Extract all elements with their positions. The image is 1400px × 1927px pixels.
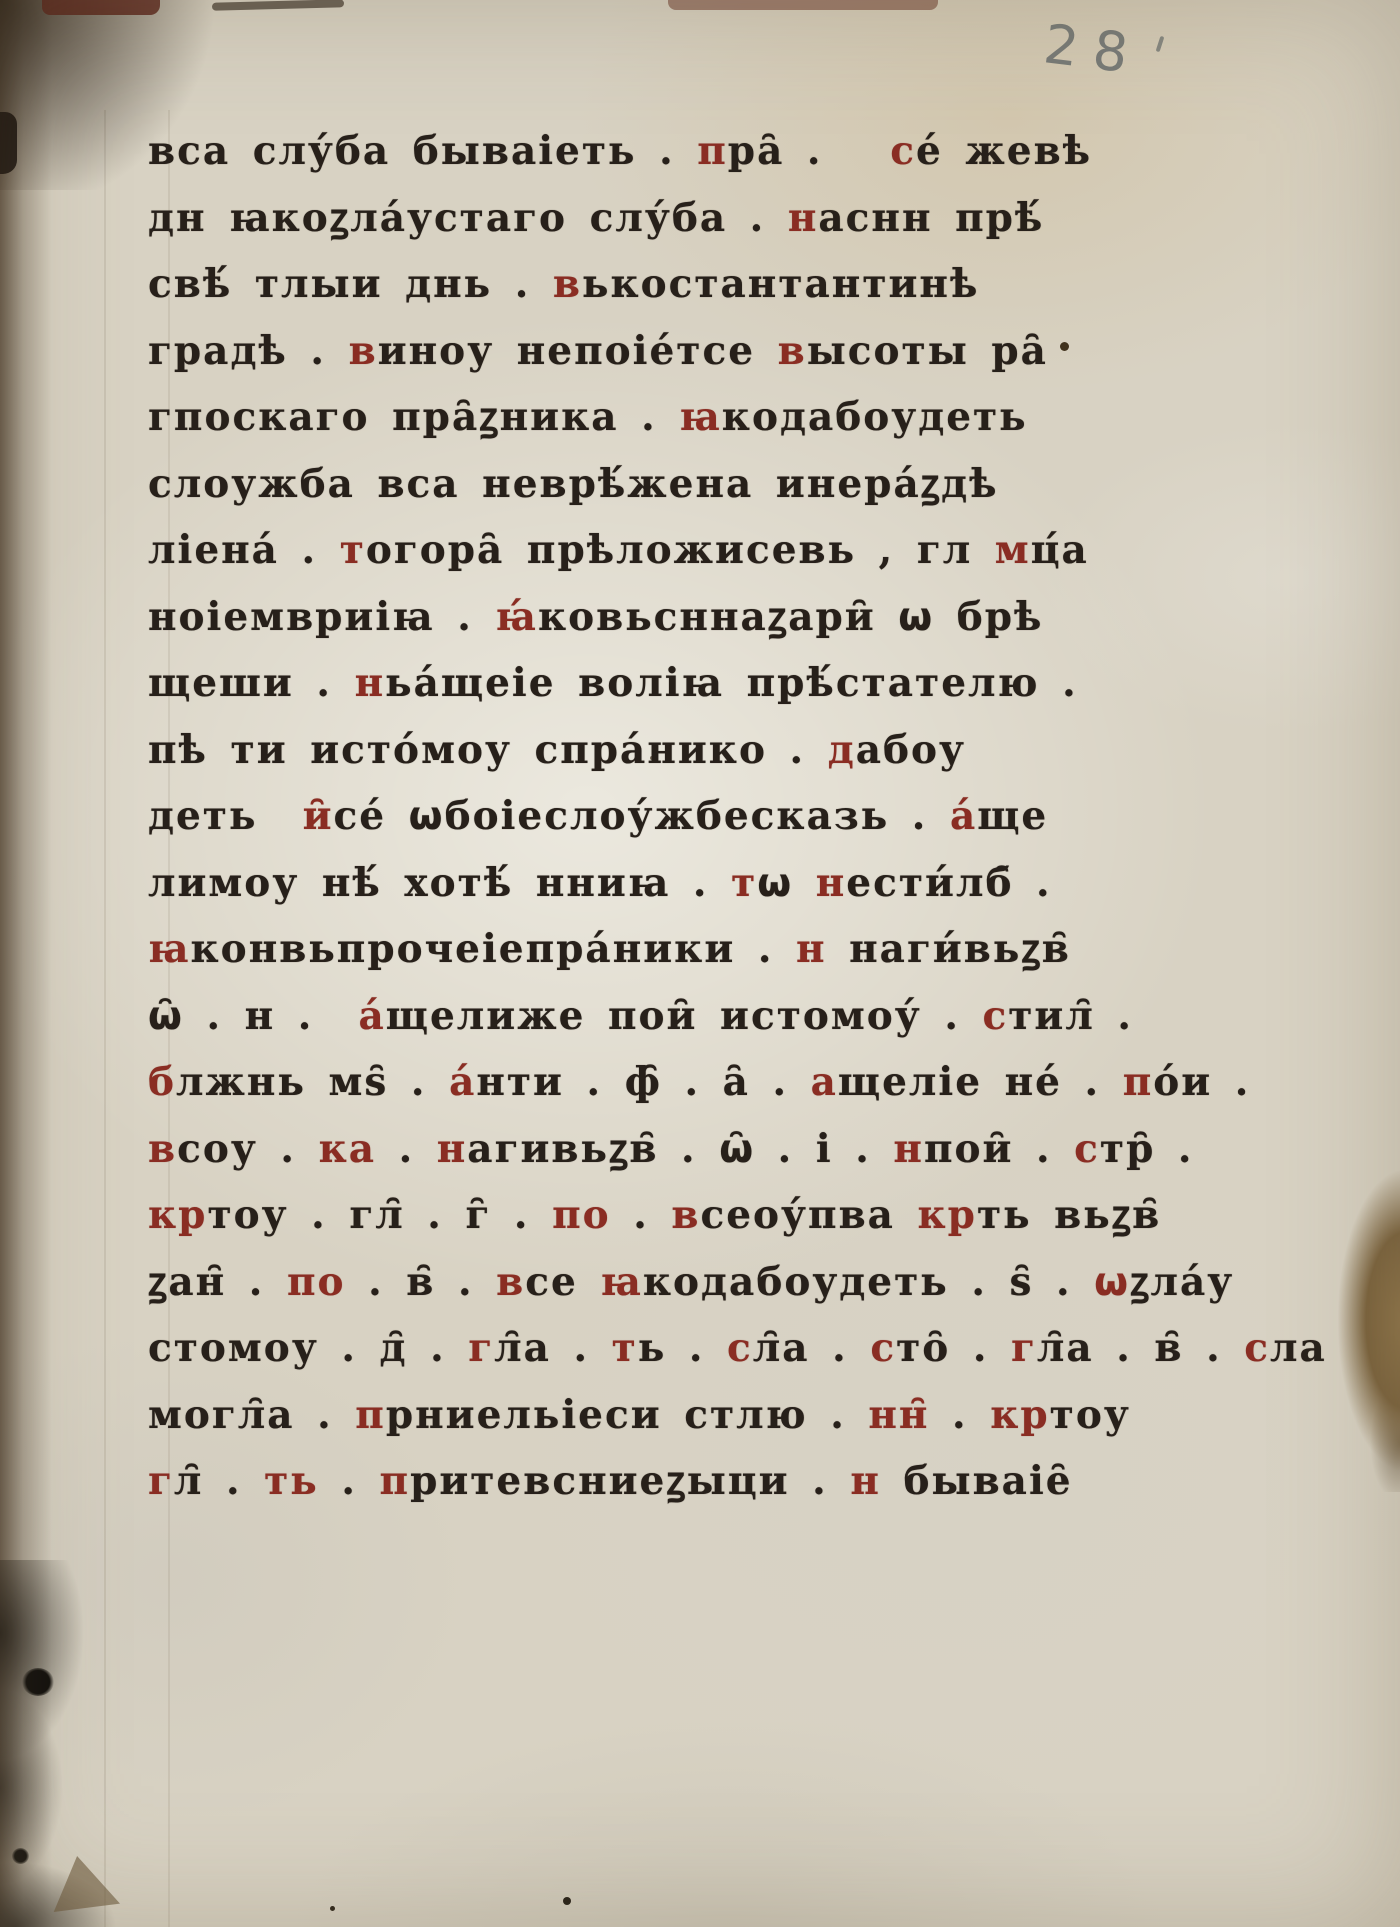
text-segment: лжнь мѕ̑ .: [176, 1059, 449, 1105]
text-segment: тоу: [1050, 1392, 1131, 1438]
text-segment: тр̑ .: [1100, 1126, 1194, 1172]
folio-number-pencil: 28: [1041, 12, 1147, 87]
rubric-segment: н: [850, 1458, 881, 1504]
rubric-segment: с: [983, 993, 1009, 1039]
text-segment: ѡ̑ . н .: [148, 993, 359, 1039]
rubric-segment: н: [816, 860, 847, 906]
manuscript-line: блжнь мѕ̑ . а́нти . ф̑ . а̑ . ащеліе не́…: [148, 1049, 1198, 1116]
rubric-segment: ка: [319, 1126, 376, 1172]
text-segment: бываіе̑: [881, 1458, 1073, 1504]
rubric-segment: г: [148, 1458, 174, 1504]
text-segment: се: [525, 1259, 600, 1305]
rubric-segment: кр: [148, 1192, 207, 1238]
text-segment: .: [376, 1126, 437, 1172]
text-segment: деть: [148, 793, 303, 839]
rubric-segment: п: [380, 1458, 411, 1504]
ink-spot: [12, 1848, 29, 1864]
pencil-tick-mark: [1156, 36, 1165, 52]
rubric-segment: д: [828, 727, 856, 773]
rubric-segment: г: [1011, 1325, 1037, 1371]
rubric-segment: по: [552, 1192, 611, 1238]
text-segment: ꙁла́у: [1130, 1259, 1234, 1305]
text-segment: ноіемвриіꙗ .: [148, 594, 495, 640]
rubric-segment: в: [553, 261, 582, 307]
rubric-segment: нн̑: [868, 1392, 929, 1438]
text-segment: могл̑а .: [148, 1392, 355, 1438]
manuscript-line: ноіемвриіꙗ . ꙗ́ковьсннаꙁари̑ ѡ брѣ: [148, 584, 1198, 651]
manuscript-line: ꙗконвьпрочеіепра́ники . н наги́вьꙁв̑: [148, 916, 1198, 983]
text-segment: ліена́ .: [148, 527, 340, 573]
manuscript-line: пѣ ти исто́моу спра́нико . дабоу: [148, 717, 1198, 784]
text-segment: нти . ф̑ . а̑ .: [476, 1059, 810, 1105]
text-segment: ь .: [638, 1325, 727, 1371]
rubric-segment: кр: [918, 1192, 977, 1238]
manuscript-line: стомоу . д̑ . гл̑а . ть . сл̑а . сто̑ . …: [148, 1315, 1198, 1382]
text-segment: наги́вьꙁв̑: [827, 926, 1071, 972]
text-segment: конвьпрочеіепра́ники .: [191, 926, 797, 972]
left-edge-notch: [0, 112, 17, 174]
manuscript-line: гпоскаго пра̑ꙁника . ꙗкодабоудеть: [148, 384, 1198, 451]
rubric-segment: а́: [449, 1059, 476, 1105]
text-segment: лимоу нѣ́ хотѣ́ нниꙗ .: [148, 860, 731, 906]
rubric-segment: н: [796, 926, 827, 972]
text-segment: слоужба вса неврѣ́жена инера́ꙁдѣ: [148, 461, 999, 507]
text-segment: тил̑ .: [1008, 993, 1133, 1039]
text-segment: пои̑ .: [924, 1126, 1074, 1172]
text-segment: гпоскаго пра̑ꙁника .: [148, 394, 679, 440]
rubric-segment: н: [355, 660, 386, 706]
rubric-segment: с: [727, 1325, 753, 1371]
manuscript-line: градѣ . виноу непоіе́тсе высоты ра̑: [148, 318, 1198, 385]
rubric-segment: по: [287, 1259, 346, 1305]
rubric-segment: н: [893, 1126, 924, 1172]
text-segment: л̑а . в̑ .: [1037, 1325, 1244, 1371]
manuscript-line: кртоу . гл̑ . г̑ . по . всеоу́пва крть в…: [148, 1182, 1198, 1249]
top-edge-ink-mark: [212, 0, 344, 11]
text-segment: рниельіеси стлю .: [386, 1392, 869, 1438]
rubric-segment: т: [340, 527, 366, 573]
text-segment: ритевсниеꙁыци .: [410, 1458, 850, 1504]
right-edge-stain: [1326, 1162, 1400, 1492]
text-segment: щелиже пои̑ истомоу́ .: [386, 993, 983, 1039]
text-segment: сеоу́пва: [700, 1192, 917, 1238]
rubric-segment: с: [1074, 1126, 1100, 1172]
rubric-segment: м: [995, 527, 1031, 573]
text-segment: дн ꙗкоꙁла́устаго слу́ба .: [148, 195, 788, 241]
manuscript-line: могл̑а . прниельіеси стлю . нн̑ . кртоу: [148, 1382, 1198, 1449]
text-segment: е́ жевѣ: [916, 128, 1092, 174]
text-segment: .: [611, 1192, 672, 1238]
text-segment: пѣ ти исто́моу спра́нико .: [148, 727, 828, 773]
rubric-segment: н: [788, 195, 819, 241]
text-segment: ести́лб̑ .: [846, 860, 1051, 906]
text-segment: .: [929, 1392, 990, 1438]
rubric-segment: с: [1244, 1325, 1270, 1371]
text-segment: л̑а .: [494, 1325, 612, 1371]
text-segment: ꙁан̑ .: [148, 1259, 287, 1305]
text-segment: ковьсннаꙁари̑ ѡ брѣ: [538, 594, 1043, 640]
top-edge-stain-2: [668, 0, 938, 10]
rubric-segment: а: [811, 1059, 838, 1105]
text-segment: л̑ .: [174, 1458, 264, 1504]
rubric-segment: ѡ: [1094, 1259, 1130, 1305]
rubric-segment: в: [349, 328, 378, 374]
text-segment: то̑ .: [896, 1325, 1011, 1371]
text-segment: ра̑ .: [728, 128, 890, 174]
manuscript-line: свѣ́ тлыи днь . вькостантантинѣ: [148, 251, 1198, 318]
rubric-segment: б: [148, 1059, 176, 1105]
manuscript-text: вса слу́ба бываіеть . пра̑ . се́ жевѣдн …: [148, 118, 1198, 1515]
manuscript-line: всоу . ка . нагивьꙁв̑ . ѡ̑ . і . нпои̑ .…: [148, 1116, 1198, 1183]
rubric-segment: в: [671, 1192, 700, 1238]
text-segment: соу .: [177, 1126, 318, 1172]
text-segment: л̑а .: [753, 1325, 871, 1371]
manuscript-line: вса слу́ба бываіеть . пра̑ . се́ жевѣ: [148, 118, 1198, 185]
text-segment: . в̑ .: [346, 1259, 497, 1305]
text-segment: кодабоудеть . ѕ̑ .: [643, 1259, 1094, 1305]
text-segment: свѣ́ тлыи днь .: [148, 261, 553, 307]
text-segment: ть вьꙁв̑: [977, 1192, 1161, 1238]
text-segment: иноу непоіе́тсе: [378, 328, 778, 374]
rubric-segment: т: [731, 860, 757, 906]
text-segment: кодабоудеть: [722, 394, 1028, 440]
rubric-segment: ꙗ: [600, 1259, 643, 1305]
manuscript-line: ѡ̑ . н . а́щелиже пои̑ истомоу́ . стил̑ …: [148, 983, 1198, 1050]
rubric-segment: в: [148, 1126, 177, 1172]
manuscript-line: гл̑ . ть . притевсниеꙁыци . н бываіе̑: [148, 1448, 1198, 1515]
rubric-segment: п: [1123, 1059, 1154, 1105]
rubric-segment: н: [437, 1126, 468, 1172]
text-segment: огора̑ прѣложисевь , гл: [366, 527, 995, 573]
rubric-segment: ꙗ: [679, 394, 722, 440]
manuscript-line: ꙁан̑ . по . в̑ . все ꙗкодабоудеть . ѕ̑ .…: [148, 1249, 1198, 1316]
text-segment: ще: [977, 793, 1048, 839]
manuscript-page: 28 вса слу́ба бываіеть . пра̑ . се́ жевѣ…: [0, 0, 1400, 1927]
text-segment: агивьꙁв̑ . ѡ̑ . і .: [467, 1126, 893, 1172]
text-segment: ц́а: [1031, 527, 1089, 573]
rubric-segment: с: [870, 1325, 896, 1371]
text-segment: щеліе не́ .: [838, 1059, 1123, 1105]
manuscript-line: слоужба вса неврѣ́жена инера́ꙁдѣ: [148, 451, 1198, 518]
ink-spot: [22, 1668, 54, 1696]
rubric-segment: ꙗ́: [495, 594, 538, 640]
rubric-segment: в: [496, 1259, 525, 1305]
manuscript-line: дн ꙗкоꙁла́устаго слу́ба . наснн прѣ́: [148, 185, 1198, 252]
rubric-segment: п: [697, 128, 728, 174]
rubric-segment: с: [890, 128, 916, 174]
rubric-segment: п: [355, 1392, 386, 1438]
manuscript-line: ліена́ . тогора̑ прѣложисевь , гл мц́а: [148, 517, 1198, 584]
manuscript-line: лимоу нѣ́ хотѣ́ нниꙗ . тѡ нести́лб̑ .: [148, 850, 1198, 917]
rubric-segment: и̑: [303, 793, 334, 839]
manuscript-line: щеши . ньа́щеіе воліꙗ прѣ́стателю .: [148, 650, 1198, 717]
text-segment: щеши .: [148, 660, 355, 706]
rubric-segment: ть: [264, 1458, 319, 1504]
text-segment: ысоты ра̑: [807, 328, 1048, 374]
text-segment: аснн прѣ́: [818, 195, 1044, 241]
text-segment: тоу . гл̑ . г̑ .: [207, 1192, 552, 1238]
text-segment: ла: [1270, 1325, 1327, 1371]
text-segment: градѣ .: [148, 328, 349, 374]
text-segment: ькостантантинѣ: [582, 261, 979, 307]
rubric-segment: в: [778, 328, 807, 374]
manuscript-line: деть и̑се́ ѡбоіеслоу́жбесказь . а́ще: [148, 783, 1198, 850]
top-edge-stain: [42, 0, 160, 15]
ink-fleck: [563, 1897, 571, 1905]
rubric-segment: т: [612, 1325, 638, 1371]
soot-smudge-bottom-left: [0, 1560, 190, 1927]
rubric-segment: ꙗ: [148, 926, 191, 972]
ink-fleck: [330, 1906, 335, 1911]
text-segment: .: [319, 1458, 380, 1504]
text-segment: стомоу . д̑ .: [148, 1325, 468, 1371]
rubric-segment: а́: [950, 793, 977, 839]
rubric-segment: кр: [990, 1392, 1049, 1438]
text-segment: ьа́щеіе воліꙗ прѣ́стателю .: [385, 660, 1078, 706]
text-segment: вса слу́ба бываіеть .: [148, 128, 697, 174]
rubric-segment: а́: [359, 993, 386, 1039]
text-segment: се́ ѡбоіеслоу́жбесказь .: [334, 793, 950, 839]
text-segment: ѡ: [757, 860, 815, 906]
text-segment: абоу: [856, 727, 966, 773]
rubric-segment: г: [468, 1325, 494, 1371]
text-segment: о́и .: [1153, 1059, 1250, 1105]
